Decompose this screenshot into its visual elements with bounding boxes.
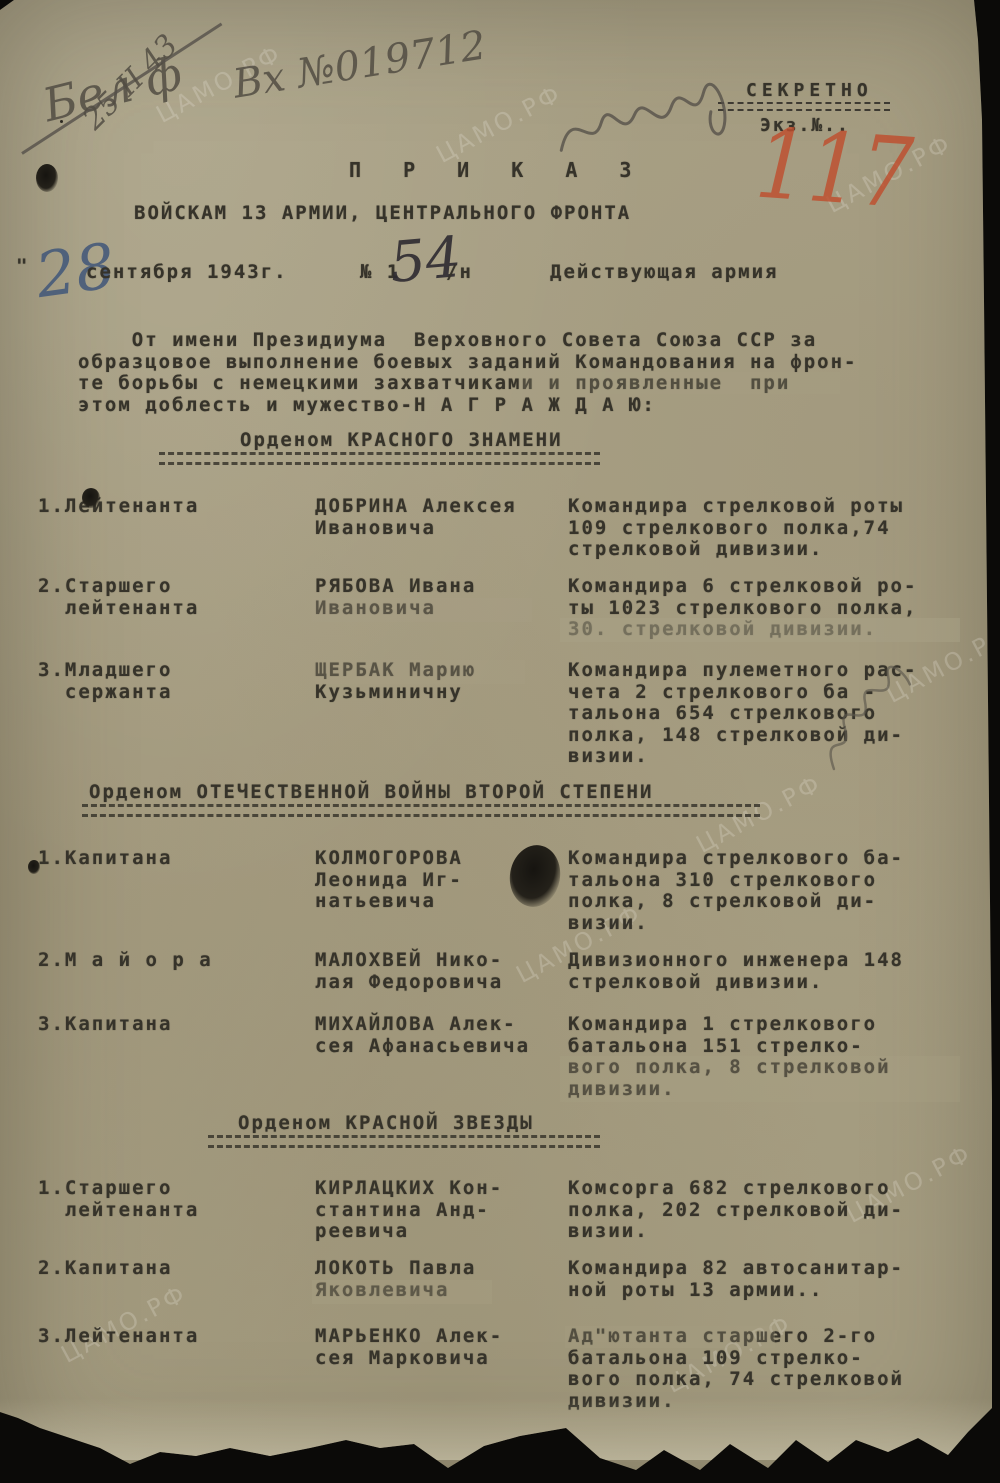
entry-rank: 3.Младшего сержанта [38, 660, 172, 703]
entry-name: ДОБРИНА Алексея Ивановича [315, 496, 517, 539]
incoming-number-note: Вх №019712 [230, 22, 489, 107]
entry-name: МИХАЙЛОВА Алек- сея Афанасьевича [315, 1014, 530, 1057]
order-number-suffix: /н [446, 262, 473, 284]
entry-rank: 2.М а й о р а [38, 950, 213, 972]
section-heading-red-star: Орденом КРАСНОЙ ЗВЕЗДЫ [238, 1113, 534, 1135]
entry-name: МАЛОХВЕЙ Нико- лая Федоровича [315, 950, 503, 993]
order-title: П Р И К А З [349, 160, 646, 182]
order-subtitle: ВОЙСКАМ 13 АРМИИ, ЦЕНТРАЛЬНОГО ФРОНТА [134, 203, 631, 225]
entry-position: Командира 6 стрелковой ро- ты 1023 стрел… [568, 576, 917, 641]
section-heading-patriotic-war: Орденом ОТЕЧЕСТВЕННОЙ ВОЙНЫ ВТОРОЙ СТЕПЕ… [89, 782, 653, 804]
torn-edge-highlight [0, 1398, 1000, 1460]
entry-position: Дивизионного инженера 148 стрелковой див… [568, 950, 904, 993]
entry-rank: 1.Старшего лейтенанта [38, 1178, 199, 1221]
entry-position: Командира 1 стрелкового батальона 151 ст… [568, 1014, 891, 1100]
army-status: Действующая армия [550, 262, 778, 284]
secret-stamp: СЕКРЕТНО [746, 80, 873, 102]
date-month-year: сентября 1943г. [86, 262, 288, 284]
preamble-paragraph: От имени Президиума Верховного Совета Со… [78, 330, 958, 416]
entry-position: Командира стрелковой роты 109 стрелковог… [568, 496, 904, 561]
handwritten-signature [547, 55, 758, 169]
entry-position: Командира стрелкового ба- тальона 310 ст… [568, 848, 904, 934]
entry-rank: 2.Старшего лейтенанта [38, 576, 199, 619]
entry-name: ЛОКОТЬ Павла Яковлевича [315, 1258, 476, 1301]
ink-mark [28, 860, 40, 874]
archive-watermark: ЦАМО.РФ [57, 1279, 192, 1369]
ink-blot [505, 841, 565, 911]
entry-rank: 2.Капитана [38, 1258, 172, 1280]
entry-name: ЩЕРБАК Марию Кузьминичну [315, 660, 476, 703]
paper-sheet: ЦАМО.РФ ЦАМО.РФ ЦАМО.РФ ЦАМО.РФ ЦАМО.РФ … [0, 0, 1000, 1483]
entry-name: КИРЛАЦКИХ Кон- стантина Анд- реевича [315, 1178, 503, 1243]
date-open-quote: " [16, 256, 29, 278]
entry-rank: 3.Лейтенанта [38, 1326, 199, 1348]
entry-name: РЯБОВА Ивана Ивановича [315, 576, 476, 619]
ink-mark [82, 488, 100, 508]
entry-rank: 1.Капитана [38, 848, 172, 870]
dust-specks [60, 120, 63, 123]
entry-name: КОЛМОГОРОВА Леонида Иг- натьевича [315, 848, 463, 913]
paper-hole [36, 164, 58, 192]
copy-number-handwritten: 117 [752, 108, 916, 231]
entry-rank: 3.Капитана [38, 1014, 172, 1036]
entry-position: Командира 82 автосанитар- ной роты 13 ар… [568, 1258, 904, 1301]
section-heading-underline [82, 804, 760, 817]
entry-rank: 1.Лейтенанта [38, 496, 199, 518]
section-heading-red-banner: Орденом КРАСНОГО ЗНАМЕНИ [240, 430, 563, 452]
entry-position: Комсорга 682 стрелкового полка, 202 стре… [568, 1178, 904, 1243]
scanned-document-page: ЦАМО.РФ ЦАМО.РФ ЦАМО.РФ ЦАМО.РФ ЦАМО.РФ … [0, 0, 1000, 1483]
entry-name: МАРЬЕНКО Алек- сея Марковича [315, 1326, 503, 1369]
section-heading-underline [159, 452, 600, 465]
section-heading-underline [208, 1135, 600, 1148]
